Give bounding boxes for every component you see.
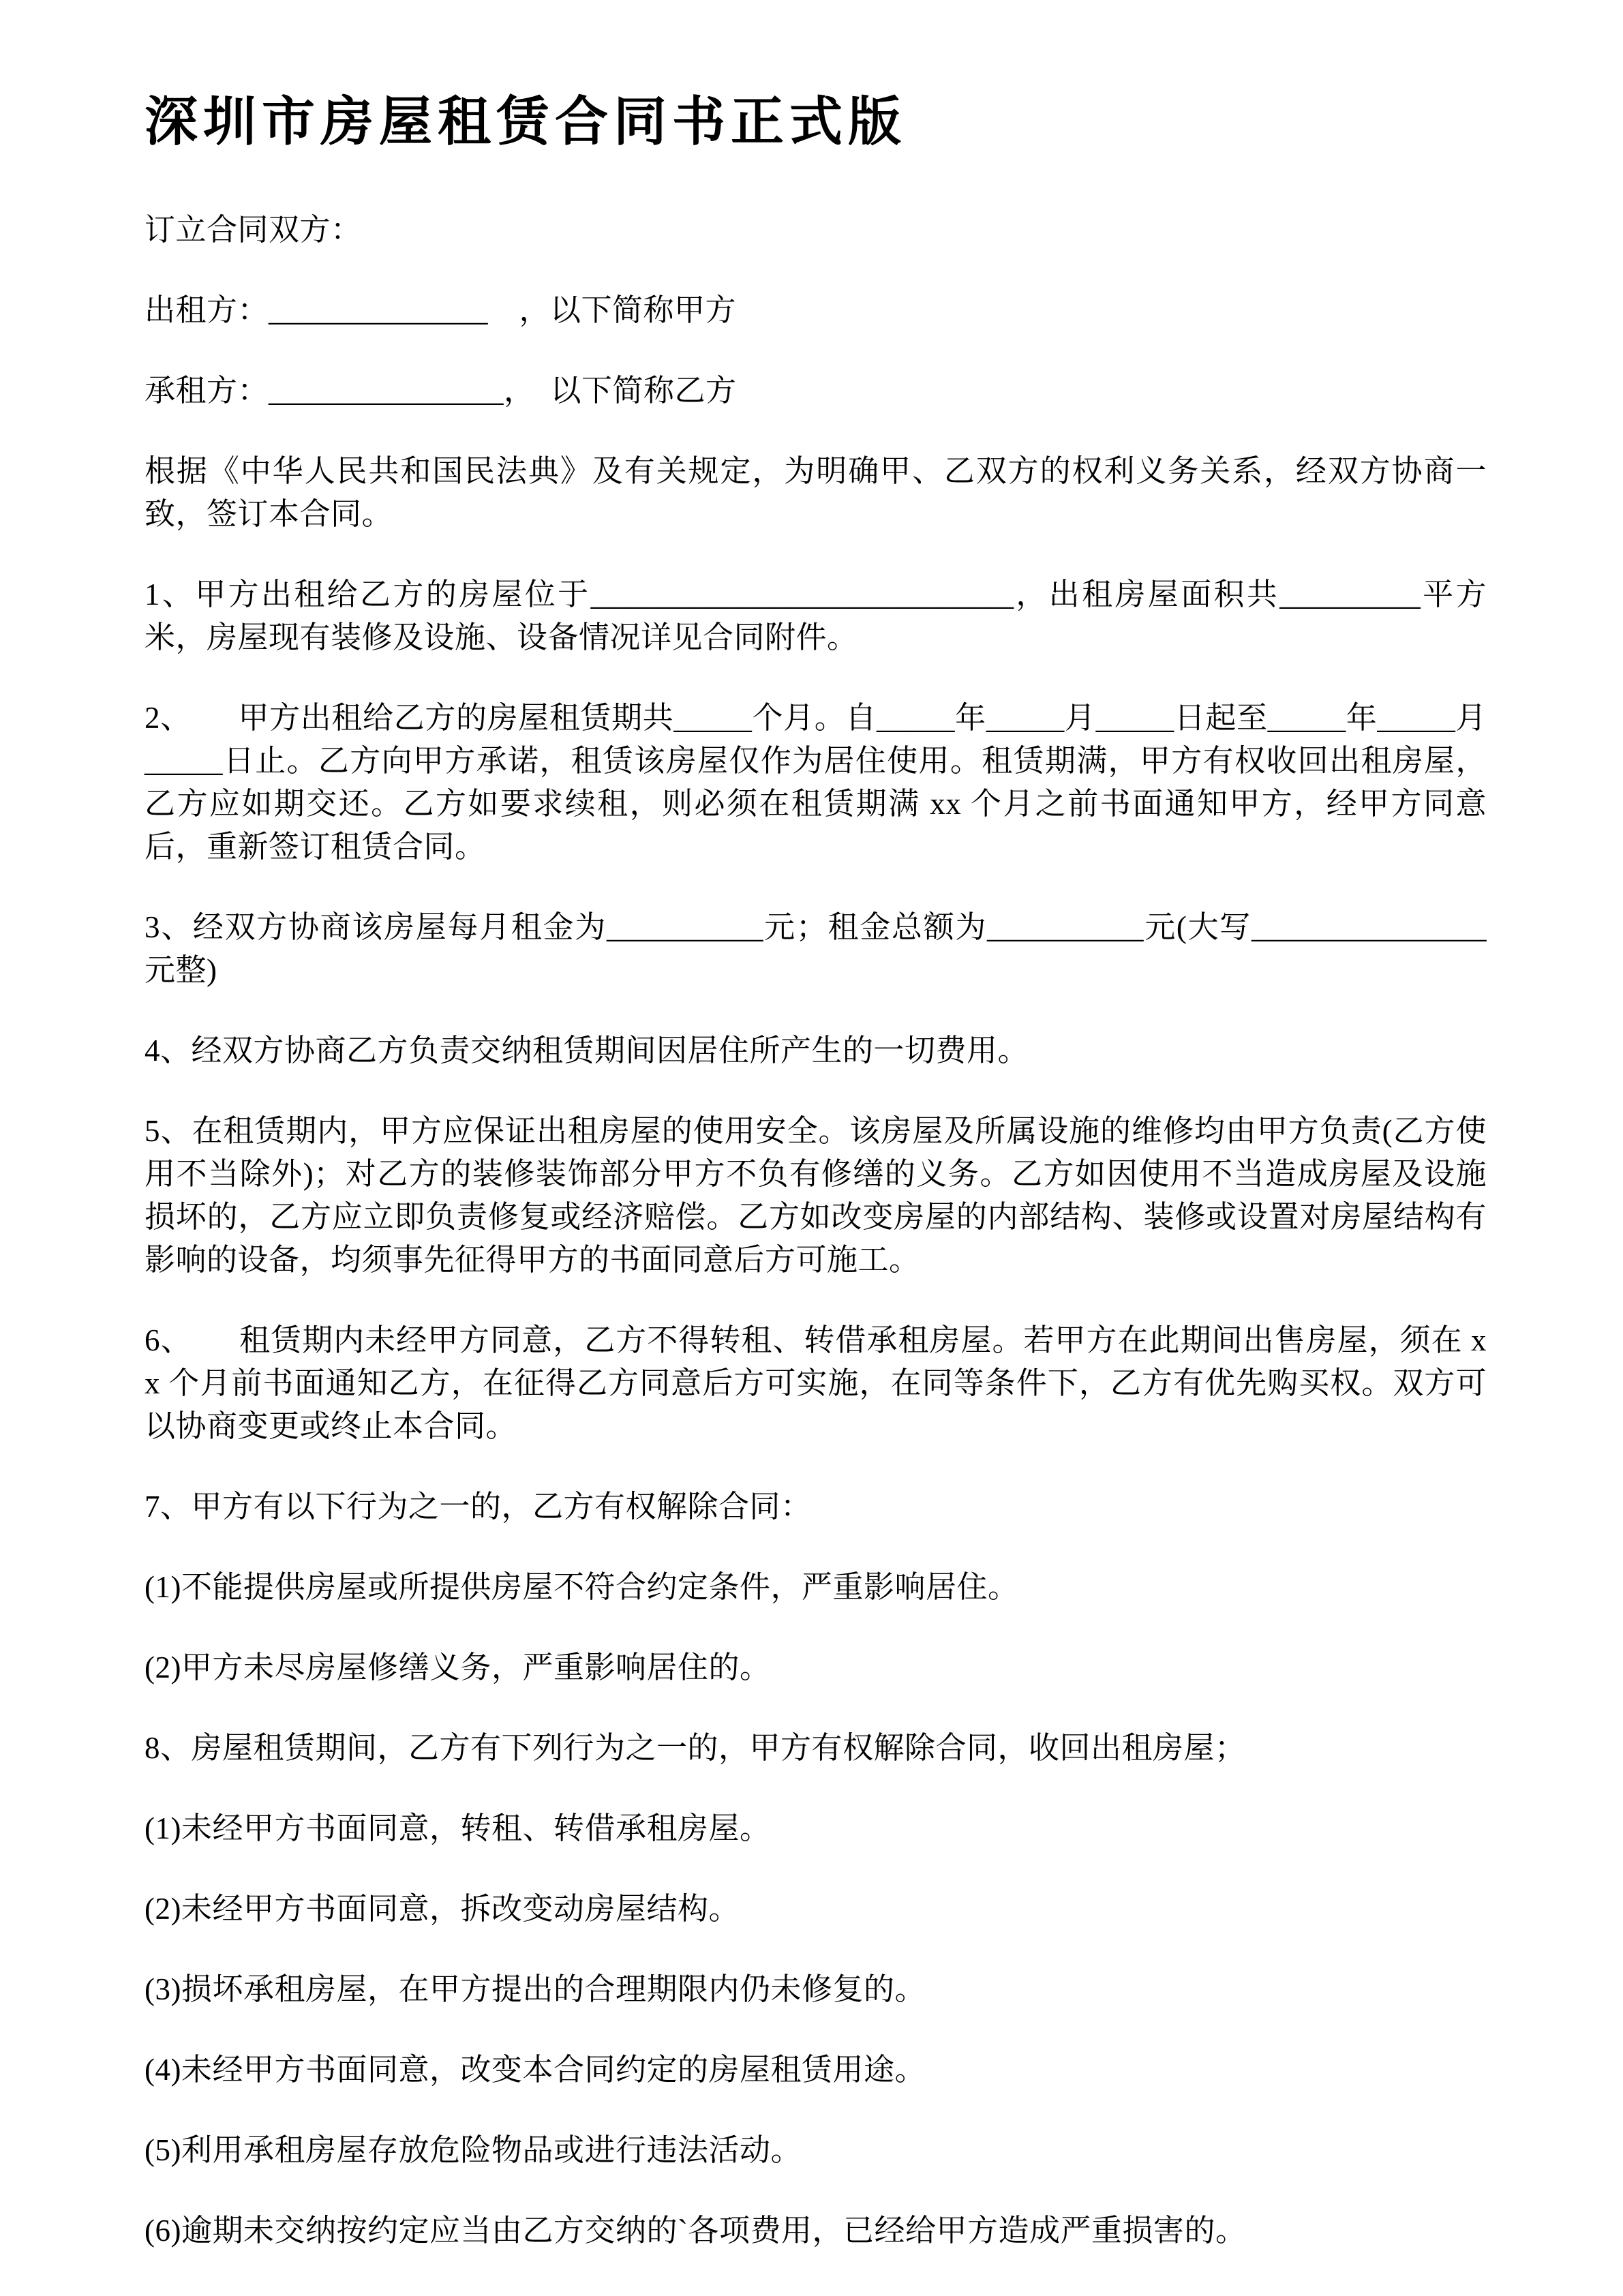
clause-5: 5、在租赁期内，甲方应保证出租房屋的使用安全。该房屋及所属设施的维修均由甲方负责… (145, 1110, 1487, 1282)
contract-page: 深圳市房屋租赁合同书正式版 订立合同双方： 出租方：______________… (0, 0, 1623, 2296)
clause-7-item-2: (2)甲方未尽房屋修缮义务，严重影响居住的。 (145, 1646, 1487, 1689)
clause-8-item-6: (6)逾期未交纳按约定应当由乙方交纳的`各项费用，已经给甲方造成严重损害的。 (145, 2209, 1487, 2252)
clause-7-item-1: (1)不能提供房屋或所提供房屋不符合约定条件，严重影响居住。 (145, 1566, 1487, 1609)
clause-6: 6、 租赁期内未经甲方同意，乙方不得转租、转借承租房屋。若甲方在此期间出售房屋，… (145, 1319, 1487, 1448)
clause-1: 1、甲方出租给乙方的房屋位于__________________________… (145, 573, 1487, 659)
clause-8-item-4: (4)未经甲方书面同意，改变本合同约定的房屋租赁用途。 (145, 2049, 1487, 2091)
clause-8-item-2: (2)未经甲方书面同意，拆改变动房屋结构。 (145, 1888, 1487, 1931)
lessor-line: 出租方：______________ ，以下简称甲方 (145, 289, 1487, 332)
clause-7: 7、甲方有以下行为之一的，乙方有权解除合同： (145, 1485, 1487, 1528)
clause-3: 3、经双方协商该房屋每月租金为__________元；租金总额为________… (145, 906, 1487, 992)
clause-4: 4、经双方协商乙方负责交纳租赁期间因居住所产生的一切费用。 (145, 1029, 1487, 1072)
clause-8: 8、房屋租赁期间，乙方有下列行为之一的，甲方有权解除合同，收回出租房屋； (145, 1727, 1487, 1770)
intro-parties-line: 订立合同双方： (145, 209, 1487, 252)
lessee-line: 承租方：_______________， 以下简称乙方 (145, 369, 1487, 412)
preamble: 根据《中华人民共和国民法典》及有关规定，为明确甲、乙双方的权利义务关系，经双方协… (145, 450, 1487, 536)
clause-8-item-3: (3)损坏承租房屋，在甲方提出的合理期限内仍未修复的。 (145, 1968, 1487, 2011)
clause-8-item-1: (1)未经甲方书面同意，转租、转借承租房屋。 (145, 1807, 1487, 1850)
clause-2: 2、 甲方出租给乙方的房屋租赁期共_____个月。自_____年_____月__… (145, 697, 1487, 868)
document-title: 深圳市房屋租赁合同书正式版 (145, 89, 1487, 155)
clause-8-item-5: (5)利用承租房屋存放危险物品或进行违法活动。 (145, 2129, 1487, 2172)
